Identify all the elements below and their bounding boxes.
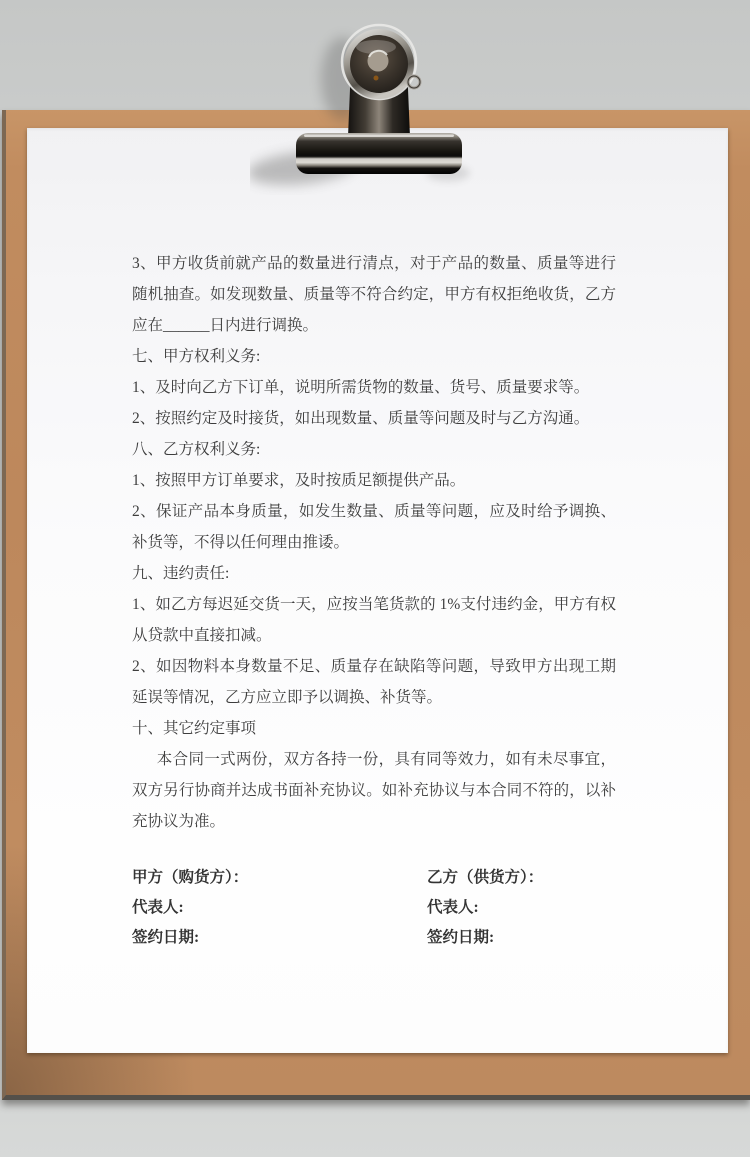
paragraph: 2、如因物料本身数量不足、质量存在缺陷等问题，导致甲方出现工期延误等情况，乙方应… bbox=[132, 651, 616, 713]
party-b-date-label: 签约日期: bbox=[427, 923, 616, 953]
metal-binder-clip-icon bbox=[250, 5, 480, 195]
section-heading: 七、甲方权利义务: bbox=[132, 341, 616, 372]
paragraph: 2、按照约定及时接货，如出现数量、质量等问题及时与乙方沟通。 bbox=[132, 403, 616, 434]
clip-amber-glint bbox=[374, 76, 379, 81]
contract-paper-sheet: 3、甲方收货前就产品的数量进行清点，对于产品的数量、质量等进行随机抽查。如发现数… bbox=[27, 128, 728, 1053]
party-b-signature-column: 乙方（供货方）： 代表人: 签约日期: bbox=[427, 863, 616, 953]
party-b-title: 乙方（供货方）： bbox=[427, 863, 616, 893]
clip-bar-top-highlight bbox=[304, 135, 454, 138]
paragraph: 1、按照甲方订单要求，及时按质足额提供产品。 bbox=[132, 465, 616, 496]
paragraph: 2、保证产品本身质量，如发生数量、质量等问题，应及时给予调换、补货等，不得以任何… bbox=[132, 496, 616, 558]
paragraph: 1、如乙方每迟延交货一天，应按当笔货款的 1%支付违约金，甲方有权从贷款中直接扣… bbox=[132, 589, 616, 651]
section-heading: 八、乙方权利义务: bbox=[132, 434, 616, 465]
party-a-signature-column: 甲方（购货方）： 代表人: 签约日期: bbox=[132, 863, 427, 953]
party-a-date-label: 签约日期: bbox=[132, 923, 427, 953]
signature-block: 甲方（购货方）： 代表人: 签约日期: 乙方（供货方）： 代表人: 签约日期: bbox=[132, 863, 616, 953]
contract-body-text: 3、甲方收货前就产品的数量进行清点，对于产品的数量、质量等进行随机抽查。如发现数… bbox=[132, 248, 616, 953]
party-b-representative-label: 代表人: bbox=[427, 893, 616, 923]
paragraph: 本合同一式两份，双方各持一份，具有同等效力，如有未尽事宜，双方另行协商并达成书面… bbox=[132, 744, 616, 837]
paragraph: 1、及时向乙方下订单，说明所需货物的数量、货号、质量要求等。 bbox=[132, 372, 616, 403]
party-a-representative-label: 代表人: bbox=[132, 893, 427, 923]
party-a-title: 甲方（购货方）： bbox=[132, 863, 427, 893]
clip-bar bbox=[296, 133, 462, 174]
section-heading: 九、违约责任: bbox=[132, 558, 616, 589]
paragraph: 3、甲方收货前就产品的数量进行清点，对于产品的数量、质量等进行随机抽查。如发现数… bbox=[132, 248, 616, 341]
section-heading: 十、其它约定事项 bbox=[132, 713, 616, 744]
photo-scene: { "scene": { "description_labels": { "cl… bbox=[0, 0, 750, 1157]
